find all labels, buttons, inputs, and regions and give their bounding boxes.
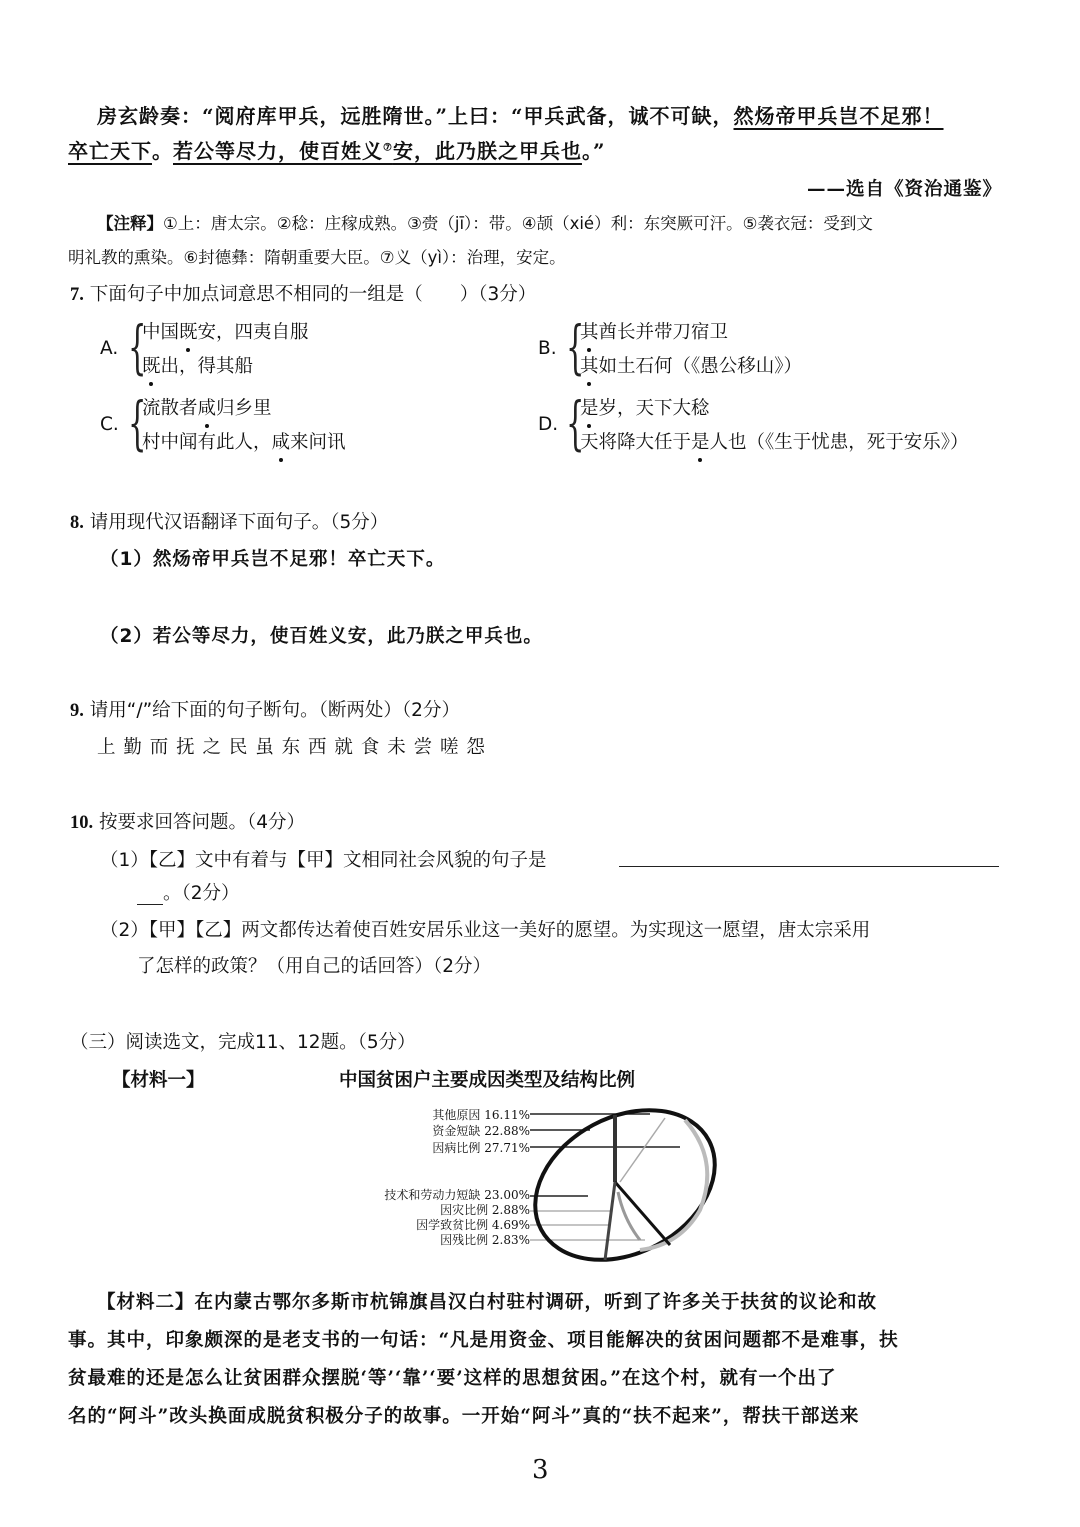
underlined-sentence-2: 若公等尽力，使百姓义⑦安，此乃朕之甲兵也 (173, 139, 582, 163)
passage-line-1: 房玄龄奏：“阅府库甲兵，远胜隋世。”上曰：“甲兵武备，诚不可缺，然炀帝甲兵岂不足… (97, 100, 944, 129)
question-number: 8. (70, 513, 84, 533)
pie-chart: 其他原因 16.11% 资金短缺 22.88% 因病比例 27.71% 技术和劳… (330, 1100, 730, 1270)
question-prompt: 请用“/”给下面的句子断句。（断两处）（2分） (90, 700, 460, 721)
pie-label-funds: 资金短缺 22.88% (432, 1122, 530, 1139)
question-prompt: 请用现代汉语翻译下面句子。（5分） (90, 512, 389, 533)
text: 出，得其船 (161, 356, 254, 377)
text: 归乡里 (216, 398, 272, 419)
text: 中国 (142, 322, 179, 343)
q9-sentence[interactable]: 上 勤 而 抚 之 民 虽 东 西 就 食 未 尝 嗟 怨 (97, 733, 486, 759)
answer-area-q8-1[interactable] (100, 575, 1000, 615)
q10-item-1: （1）【乙】文中有着与【甲】文相同社会风貌的句子是 (100, 846, 547, 872)
dotted-word: 咸 (272, 428, 291, 454)
question-9: 9. 请用“/”给下面的句子断句。（断两处）（2分） (70, 696, 460, 722)
question-prompt: 下面句子中加点词意思不相同的一组是（ ）（3分） (90, 284, 537, 305)
dotted-word: 既 (142, 352, 161, 378)
dotted-word: 是 (691, 428, 710, 454)
text: 岁，天下大稔 (599, 398, 710, 419)
text: 酋长并带刀宿卫 (599, 322, 729, 343)
option-letter: B. (538, 338, 557, 359)
text: 人也（《生于忧患，死于安乐》） (710, 432, 969, 453)
text: 天将降大任于 (580, 432, 691, 453)
material-2-line-2: 事。其中，印象颇深的是老支书的一句话：“凡是用资金、项目能解决的贫困问题都不是难… (68, 1326, 899, 1352)
option-letter: A. (100, 338, 118, 359)
pie-label-illness: 因病比例 27.71% (432, 1139, 530, 1156)
item-text: 然炀帝甲兵岂不足邪！卒亡天下。 (153, 549, 446, 570)
underlined-text: 安，此乃朕之甲兵也 (393, 139, 582, 163)
question-number: 10. (70, 813, 93, 833)
question-8: 8. 请用现代汉语翻译下面句子。（5分） (70, 508, 388, 534)
underlined-sentence-1: 然炀帝甲兵岂不足邪！ (734, 104, 944, 128)
answer-blank-q10-1-continued[interactable] (137, 884, 163, 905)
option-sentence: 其酋长并带刀宿卫 (580, 318, 728, 344)
option-sentence: 其如土石何（《愚公移山》） (580, 352, 802, 378)
dotted-word: 是 (580, 394, 599, 420)
chart-title: 中国贫困户主要成因类型及结构比例 (339, 1066, 635, 1092)
punct: 。” (582, 139, 606, 163)
question-10: 10. 按要求回答问题。（4分） (70, 808, 305, 834)
dotted-word: 其 (580, 318, 599, 344)
pie-label-other: 其他原因 16.11% (432, 1106, 530, 1123)
section-3-heading: （三）阅读选文，完成11、12题。（5分） (70, 1028, 416, 1054)
material-2-line-3: 贫最难的还是怎么让贫困群众摆脱‘等’‘靠’‘要’这样的思想贫困。”在这个村，就有… (68, 1364, 837, 1390)
question-7: 7. 下面句子中加点词意思不相同的一组是（ ）（3分） (70, 280, 536, 306)
underlined-text: 若公等尽力，使百姓义 (173, 139, 383, 163)
option-sentence: 村中闻有此人，咸来问讯 (142, 428, 346, 454)
pie-graphic (520, 1100, 730, 1270)
question-number: 7. (70, 285, 84, 305)
pie-label-disability: 因残比例 2.83% (440, 1231, 530, 1248)
option-letter: D. (538, 414, 558, 435)
text: 安，四夷自服 (198, 322, 309, 343)
answer-area-q8-2[interactable] (100, 652, 1000, 692)
answer-blank-q10-1[interactable] (619, 846, 999, 867)
option-letter: C. (100, 414, 119, 435)
material-1-label: 【材料一】 (112, 1066, 205, 1092)
notes-line-2: 明礼教的熏染。⑥封德彝：隋朝重要大臣。⑦义（yì）：治理，安定。 (68, 244, 566, 268)
option-sentence: 是岁，天下大稔 (580, 394, 710, 420)
notes-label: 【注释】 (97, 214, 163, 233)
page-number: 3 (532, 1455, 549, 1485)
item-label: （2） (100, 920, 149, 941)
option-sentence: 既出，得其船 (142, 352, 253, 378)
option-sentence: 流散者咸归乡里 (142, 394, 272, 420)
notes-text: ①上：唐太宗。②稔：庄稼成熟。③赍（jī）：带。④颉（xié）利：东突厥可汗。⑤… (163, 214, 873, 233)
item-tail: 。（2分） (163, 883, 240, 904)
passage-line-2: 卒亡天下。若公等尽力，使百姓义⑦安，此乃朕之甲兵也。” (68, 135, 605, 164)
item-label: （2） (100, 626, 153, 647)
text: 村中闻有此人， (142, 432, 272, 453)
q8-item-2: （2）若公等尽力，使百姓义安，此乃朕之甲兵也。 (100, 622, 543, 648)
note-mark: ⑦ (383, 142, 393, 153)
passage-text: 房玄龄奏：“阅府库甲兵，远胜隋世。”上曰：“甲兵武备，诚不可缺， (97, 104, 734, 128)
item-label: （1） (100, 850, 149, 871)
punct: 。 (152, 139, 173, 163)
dotted-word: 咸 (198, 394, 217, 420)
item-text: 【乙】文中有着与【甲】文相同社会风貌的句子是 (149, 850, 547, 871)
text: 如土石何（《愚公移山》） (599, 356, 803, 377)
passage-source: ——选自《资治通鉴》 (807, 175, 1002, 201)
dotted-word: 既 (179, 318, 198, 344)
q10-item-2-line-2: 了怎样的政策？（用自己的话回答）（2分） (137, 952, 491, 978)
question-number: 9. (70, 701, 84, 721)
item-label: （1） (100, 549, 153, 570)
option-sentence: 天将降大任于是人也（《生于忧患，死于安乐》） (580, 428, 969, 454)
underlined-sentence-1-end: 卒亡天下 (68, 139, 152, 163)
q10-item-2: （2）【甲】【乙】两文都传达着使百姓安居乐业这一美好的愿望。为实现这一愿望，唐太… (100, 916, 870, 942)
material-2-text: 在内蒙古鄂尔多斯市杭锦旗昌汉白村驻村调研，听到了许多关于扶贫的议论和故 (195, 1292, 878, 1313)
pie-labels: 其他原因 16.11% 资金短缺 22.88% 因病比例 27.71% 技术和劳… (330, 1100, 530, 1250)
q10-item-1-continued: 。（2分） (137, 879, 240, 905)
dotted-word: 其 (580, 352, 599, 378)
option-sentence: 中国既安，四夷自服 (142, 318, 309, 344)
item-text: 若公等尽力，使百姓义安，此乃朕之甲兵也。 (153, 626, 543, 647)
question-prompt: 按要求回答问题。（4分） (99, 812, 305, 833)
q8-item-1: （1）然炀帝甲兵岂不足邪！卒亡天下。 (100, 545, 445, 571)
item-text: 【甲】【乙】两文都传达着使百姓安居乐业这一美好的愿望。为实现这一愿望，唐太宗采用 (149, 920, 871, 941)
material-2-line-4: 名的“阿斗”改头换面成脱贫积极分子的故事。一开始“阿斗”真的“扶不起来”，帮扶干… (68, 1402, 859, 1428)
text: 来问讯 (290, 432, 346, 453)
material-2-label: 【材料二】 (97, 1292, 195, 1313)
notes-line-1: 【注释】①上：唐太宗。②稔：庄稼成熟。③赍（jī）：带。④颉（xié）利：东突厥… (97, 210, 873, 234)
text: 流散者 (142, 398, 198, 419)
material-2-line-1: 【材料二】在内蒙古鄂尔多斯市杭锦旗昌汉白村驻村调研，听到了许多关于扶贫的议论和故 (97, 1288, 877, 1314)
